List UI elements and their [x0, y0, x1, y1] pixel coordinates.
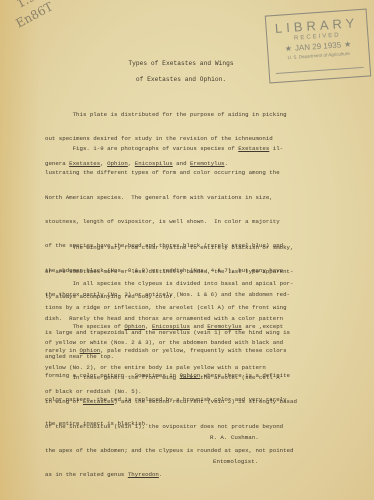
underlined-genus: Exetastes — [83, 398, 114, 405]
text-line: lustrating the different types of form a… — [45, 169, 337, 177]
underlined-genus: Exetastes — [238, 145, 269, 152]
underlined-genus: Eremotylus — [207, 323, 242, 330]
text-line: North American species. The general form… — [45, 194, 337, 202]
handwritten-catalog-note: 1.9 En86T — [6, 0, 55, 30]
underlined-genus: Enicospilus — [152, 323, 190, 330]
star-icon: ★ — [344, 40, 352, 49]
text-line: This plate is distributed for the purpos… — [45, 111, 337, 119]
text-line: In these genera the front wing lacks the… — [45, 374, 337, 382]
scanned-document-page: 1.9 En86T LIBRARY RECEIVED ★JAN 29 1935★… — [0, 0, 374, 500]
library-received-stamp: LIBRARY RECEIVED ★JAN 29 1935★ U. S. Dep… — [265, 9, 371, 84]
document-title-line-1: Types of Exetastes and Wings — [0, 60, 368, 67]
text-line: as in the related genus Thyreodon. — [45, 471, 337, 479]
stamp-date: JAN 29 1935 — [295, 40, 342, 52]
paragraph-front-wing: In these genera the front wing lacks the… — [45, 358, 337, 496]
underlined-genus: Thyreodon — [128, 471, 159, 478]
text-line: the apex of the abdomen; and the clypeus… — [45, 447, 337, 455]
text-line: The wings vary from clear hyaline to ent… — [45, 244, 337, 252]
document-title-line-2: of Exetastes and Ophion. — [0, 76, 368, 83]
signature-title: Entomologist. — [210, 458, 259, 466]
text-line: Figs. 1-9 are photographs of various spe… — [45, 145, 337, 153]
text-line: of the intercubitus (vein 1); the ovipos… — [45, 423, 337, 431]
text-line: in wing of Exetastes) and the second rec… — [45, 398, 337, 406]
underlined-genus: Ophion — [124, 323, 145, 330]
signature-name: R. A. Cushman. — [210, 434, 259, 442]
stamp-divider — [276, 67, 364, 74]
text-line: stoutness, length of ovipositor, is well… — [45, 218, 337, 226]
text-line: rarely in Ophion, pale reddish or yellow… — [45, 347, 337, 355]
text-line: In all species the clypeus is divided in… — [45, 280, 337, 288]
signature-block: R. A. Cushman. Entomologist. — [210, 418, 259, 482]
underlined-genus: Ophion — [80, 347, 101, 354]
star-icon: ★ — [284, 44, 292, 53]
text-line: The species of Ophion, Enicospilus and E… — [45, 323, 337, 331]
